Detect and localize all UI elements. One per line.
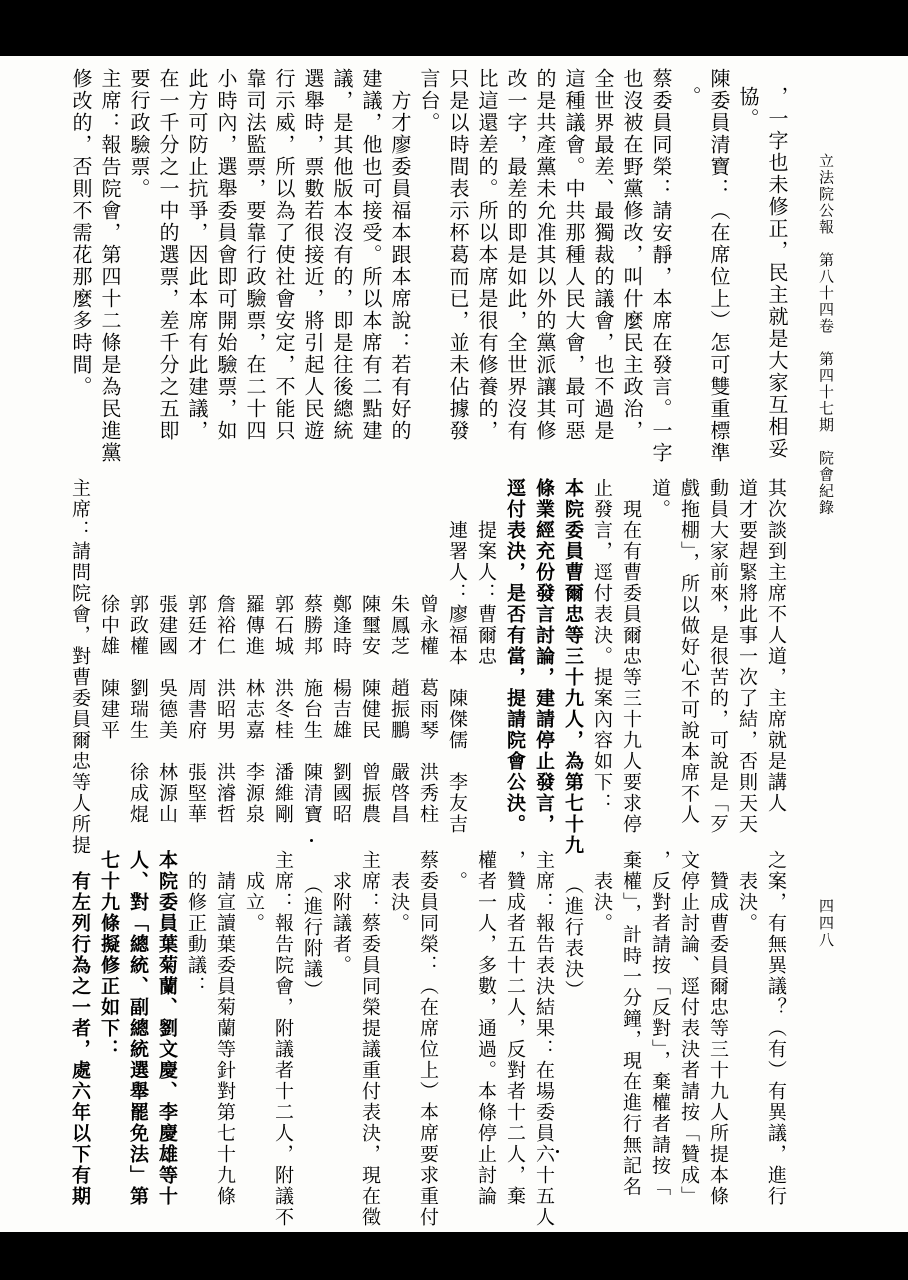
text-column: 提案人：曹爾忠 [471, 478, 500, 858]
text-column: 主席：報告院會，第四十二條是為民進黨 [94, 68, 123, 470]
text-column: （進行附議） [297, 850, 326, 1230]
text-column: 建議，他也可接受。所以本席有二點建 [355, 68, 384, 470]
text-column: 之案，有無異議？（有）有異議，進行 [761, 850, 790, 1230]
text-column: 郭石城 洪冬桂 潘維剛 [268, 478, 297, 858]
text-column: 棄權」，計時一分鐘，現在進行無記名 [616, 850, 645, 1230]
text-column: 此方可防止抗爭，因此本席有此建議， [181, 68, 210, 470]
text-column: 小時內，選舉委員會即可開始驗票，如 [210, 68, 239, 470]
text-column: 議，是其他版本沒有的，即是往後總統 [326, 68, 355, 470]
text-column: 條業經充份發言討論，建請停止發言， [529, 478, 558, 858]
text-column: 協。 [732, 68, 761, 470]
text-column: 主席：報告表決結果：在場委員六十五人 [529, 850, 558, 1230]
text-column: 的修正動議： [181, 850, 210, 1230]
text-column: 徐中雄 陳建平 [94, 478, 123, 858]
text-column: 比這還差的。所以本席是很有修養的， [471, 68, 500, 470]
text-column: 鄭逢時 楊吉雄 劉國昭 [326, 478, 355, 858]
text-column: 主席：報告院會，附議者十二人，附議不 [268, 850, 297, 1230]
text-column: 朱鳳芝 趙振鵬 嚴啓昌 [384, 478, 413, 858]
text-column: 陳璽安 陳健民 曾振農 [355, 478, 384, 858]
text-column: 要行政驗票。 [123, 68, 152, 470]
running-head: 立法院公報 第八十四卷 第四十七期 院會紀錄 [804, 153, 836, 538]
text-register-bottom: 之案，有無異議？（有）有異議，進行表決。贊成曹委員爾忠等三十九人所提本條文停止討… [65, 850, 790, 1230]
text-column: 修改的，否則不需花那麼多時間。 [65, 68, 94, 470]
text-column: 戲拖棚」，所以做好心不可說本席不人 [674, 478, 703, 858]
text-column: 郭廷才 周書府 張堅華 [181, 478, 210, 858]
text-column: 全世界最差、最獨裁的議會，也不過是 [587, 68, 616, 470]
text-column: 其次談到主席不人道，主席就是講人 [761, 478, 790, 858]
text-column: 連署人：廖福本 陳傑儒 李友吉 [442, 478, 471, 858]
text-column: 詹裕仁 洪昭男 洪濬哲 [210, 478, 239, 858]
text-column: 道。 [645, 478, 674, 858]
text-column: 言台。 [413, 68, 442, 470]
text-column: 動員大家前來，是很苦的，可說是「歹 [703, 478, 732, 858]
text-column: 本院委員曹爾忠等三十九人，為第七十九 [558, 478, 587, 858]
text-column: 文停止討論、逕付表決者請按「贊成」 [674, 850, 703, 1230]
text-column: 蔡委員同榮：請安靜，本席在發言。一字 [645, 68, 674, 470]
text-column: 方才廖委員福本跟本席說：若有好的 [384, 68, 413, 470]
text-column: 表決。 [384, 850, 413, 1230]
text-column: 行示威，所以為了使社會安定，不能只 [268, 68, 297, 470]
text-column: ，反對者請按「反對」，棄權者請按「 [645, 850, 674, 1230]
text-column: 主席：請問院會，對曹委員爾忠等人所提 [65, 478, 94, 858]
text-column: ，贊成者五十二人，反對者十二人，棄 [500, 850, 529, 1230]
text-column: 只是以時間表示杯葛而已，並未佔據發 [442, 68, 471, 470]
text-column: ，一字也未修正，民主就是大家互相妥 [761, 68, 790, 470]
text-column: 也沒被在野黨修改，叫什麼民主政治， [616, 68, 645, 470]
text-column: 本院委員葉菊蘭、劉文慶、李慶雄等十 [152, 850, 181, 1230]
text-column: 現在有曹委員爾忠等三十九人要求停 [616, 478, 645, 858]
text-column: 權者一人，多數，通過。本條停止討論 [471, 850, 500, 1230]
text-column: 七十九條擬修正如下： [94, 850, 123, 1230]
text-column: 贊成曹委員爾忠等三十九人所提本條 [703, 850, 732, 1230]
text-column: 。 [674, 68, 703, 470]
text-column: 陳委員清寶：（在席位上）怎可雙重標準 [703, 68, 732, 470]
scan-border-top [0, 0, 908, 56]
gazette-page: 立法院公報 第八十四卷 第四十七期 院會紀錄 四四八 ，一字也未修正，民主就是大… [0, 0, 908, 1280]
text-column: 曾永權 葛雨琴 洪秀柱 [413, 478, 442, 858]
text-column: 表決。 [587, 850, 616, 1230]
text-column: 這種議會。中共那種人民大會，最可惡 [558, 68, 587, 470]
text-column: 蔡委員同榮：（在席位上）本席要求重付 [413, 850, 442, 1230]
text-column: （進行表決） [558, 850, 587, 1230]
text-register-middle: 其次談到主席不人道，主席就是講人道才要趕緊將此事一次了結，否則天天動員大家前來，… [65, 478, 790, 858]
text-column: 蔡勝邦 施台生 陳清寶 [297, 478, 326, 858]
text-column: 。 [442, 850, 471, 1230]
text-column: 靠司法監票，要靠行政驗票，在二十四 [239, 68, 268, 470]
page-number: 四四八 [804, 898, 836, 988]
text-column: 逕付表決，是否有當，提請院會公決。 [500, 478, 529, 858]
text-column: 有左列行為之一者，處六年以下有期 [65, 850, 94, 1230]
text-column: 郭政權 劉瑞生 徐成焜 [123, 478, 152, 858]
scan-speck [310, 839, 313, 842]
text-register-top: ，一字也未修正，民主就是大家互相妥協。陳委員清寶：（在席位上）怎可雙重標準。蔡委… [65, 68, 790, 470]
text-column: 羅傳進 林志嘉 李源泉 [239, 478, 268, 858]
text-column: 主席：蔡委員同榮提議重付表決，現在徵 [355, 850, 384, 1230]
text-column: 選舉時，票數若很接近，將引起人民遊 [297, 68, 326, 470]
text-column: 改一字，最差的即是如此，全世界沒有 [500, 68, 529, 470]
text-column: 在一千分之一中的選票，差千分之五即 [152, 68, 181, 470]
text-column: 道才要趕緊將此事一次了結，否則天天 [732, 478, 761, 858]
text-column: 止發言，逕付表決。提案內容如下： [587, 478, 616, 858]
text-column: 的是共產黨未允准其以外的黨派讓其修 [529, 68, 558, 470]
text-column: 求附議者。 [326, 850, 355, 1230]
text-column: 表決。 [732, 850, 761, 1230]
scan-border-bottom [0, 1232, 908, 1280]
text-column: 請宣讀葉委員菊蘭等針對第七十九條 [210, 850, 239, 1230]
text-column: 人、對「總統、副總統選舉罷免法」第 [123, 850, 152, 1230]
text-column: 張建國 吳德美 林源山 [152, 478, 181, 858]
scan-speck [556, 1150, 559, 1153]
text-column: 成立。 [239, 850, 268, 1230]
